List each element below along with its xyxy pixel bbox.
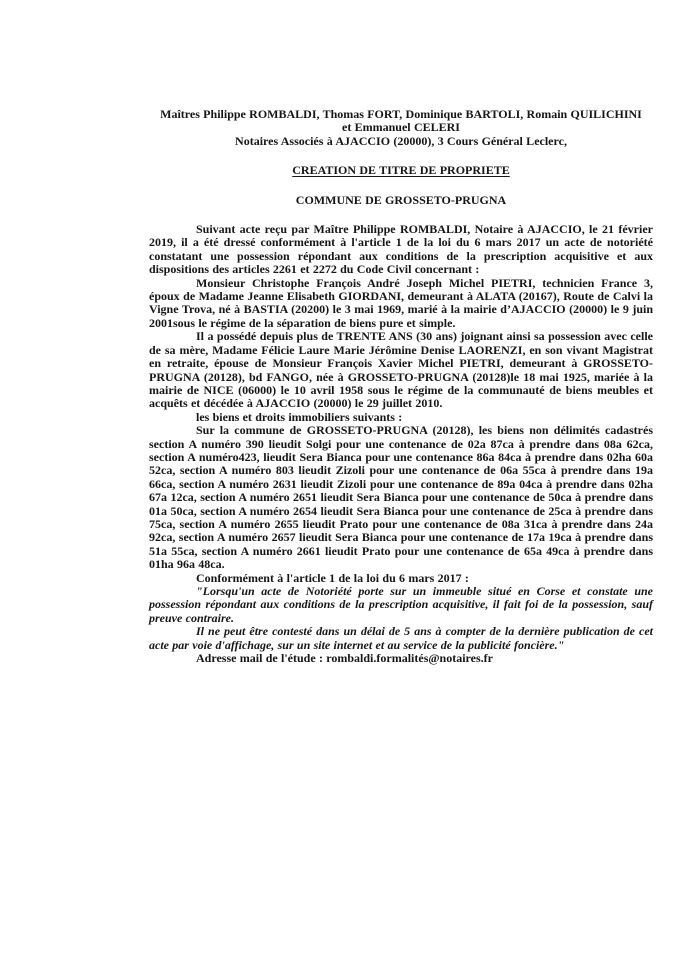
study-email-line: Adresse mail de l'étude : rombaldi.forma… (149, 652, 653, 665)
document-page: Maîtres Philippe ROMBALDI, Thomas FORT, … (0, 0, 689, 975)
intro-paragraph: Suivant acte reçu par Maître Philippe RO… (149, 223, 653, 277)
letterhead-line-names: Maîtres Philippe ROMBALDI, Thomas FORT, … (149, 108, 653, 121)
letterhead-line-address: Notaires Associés à AJACCIO (20000), 3 C… (149, 135, 653, 148)
mother-paragraph: Il a possédé depuis plus de TRENTE ANS (… (149, 330, 653, 410)
letterhead-line-names-2: et Emmanuel CELERI (149, 121, 653, 134)
law-reference-line: Conformément à l'article 1 de la loi du … (149, 572, 653, 585)
law-quote-paragraph-1: "Lorsqu'un acte de Notoriété porte sur u… (149, 585, 653, 625)
document-title: CREATION DE TITRE DE PROPRIETE (149, 164, 653, 177)
possessor-paragraph: Monsieur Christophe François André Josep… (149, 277, 653, 331)
notary-letterhead: Maîtres Philippe ROMBALDI, Thomas FORT, … (149, 108, 653, 148)
cadastral-paragraph: Sur la commune de GROSSETO-PRUGNA (20128… (149, 424, 653, 571)
law-quote-paragraph-2: Il ne peut être contesté dans un délai d… (149, 625, 653, 652)
commune-subtitle: COMMUNE DE GROSSETO-PRUGNA (149, 194, 653, 207)
property-intro-line: les biens et droits immobiliers suivants… (149, 411, 653, 424)
